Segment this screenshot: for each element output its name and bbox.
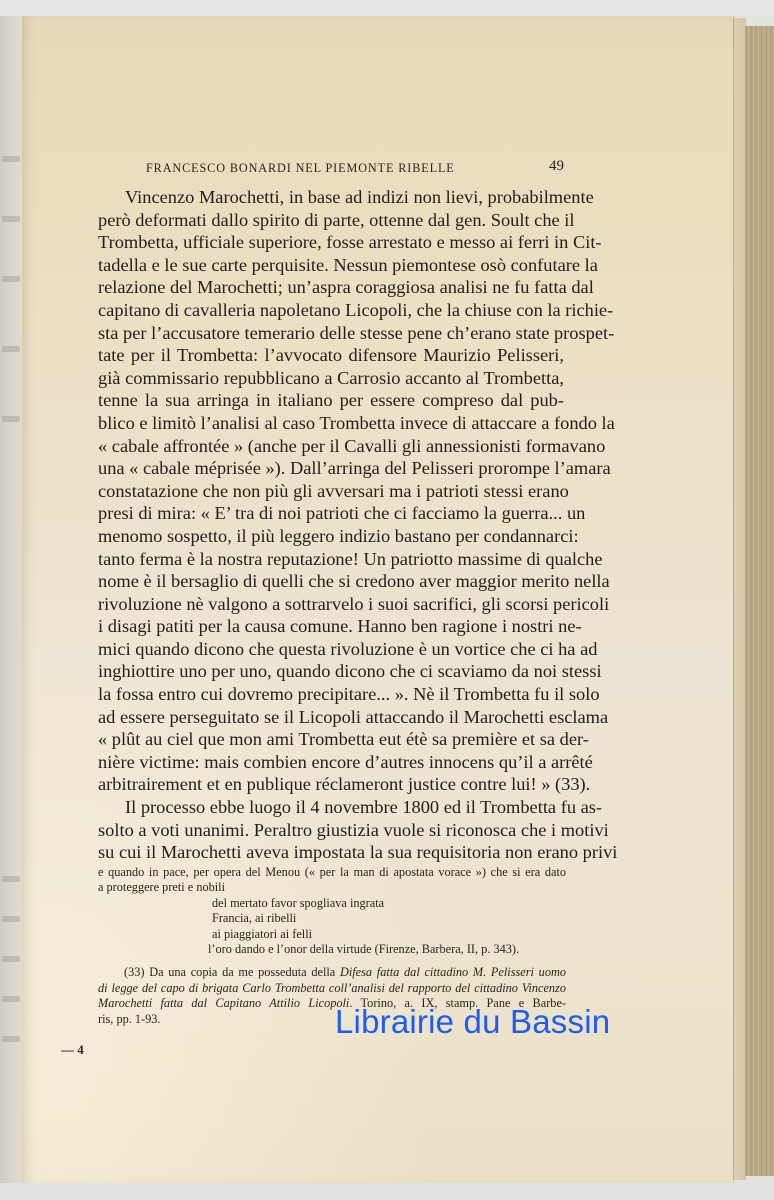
bleed-through-mark: [2, 216, 20, 222]
footnote-verse-line: l’oro dando e l’onor della virtude (Fire…: [98, 942, 566, 957]
text-line: la fossa entro cui dovremo precipitare..…: [98, 683, 564, 706]
footnote-gap: [98, 957, 566, 965]
bleed-through-mark: [2, 996, 20, 1002]
text-line: già commissario repubblicano a Carrosio …: [98, 367, 564, 390]
bleed-through-mark: [2, 876, 20, 882]
text-line: solto a voti unanimi. Peraltro giustizia…: [98, 819, 564, 842]
text-line: rivoluzione nè valgono a sottrarvelo i s…: [98, 593, 564, 616]
text-line: presi di mira: « E’ tra di noi patrioti …: [98, 502, 564, 525]
bleed-through-mark: [2, 956, 20, 962]
text-line: inghiottire uno per uno, quando dicono c…: [98, 660, 564, 683]
text-line: Il processo ebbe luogo il 4 novembre 180…: [98, 796, 564, 819]
bleed-through-mark: [2, 916, 20, 922]
text-line: nome è il bersaglio di quelli che si cre…: [98, 570, 564, 593]
text-line: relazione del Marochetti; un’aspra corag…: [98, 276, 564, 299]
footnote-33-title: Difesa fatta dal cittadino M. Pelisseri …: [340, 965, 566, 979]
text-line: tate per il Trombetta: l’avvocato difens…: [98, 344, 564, 367]
backdrop-top: [0, 0, 774, 16]
watermark-text: Librairie du Bassin: [335, 1003, 610, 1041]
text-line: « cabale affrontée » (anche per il Caval…: [98, 435, 564, 458]
text-line: constatazione che non più gli avversari …: [98, 480, 564, 503]
text-line: tenne la sua arringa in italiano per ess…: [98, 389, 564, 412]
text-line: ad essere perseguitato se il Licopoli at…: [98, 706, 564, 729]
running-head-title: FRANCESCO BONARDI NEL PIEMONTE RIBELLE: [146, 161, 566, 176]
bleed-through-mark: [2, 1036, 20, 1042]
text-line: tadella e le sue carte perquisite. Nessu…: [98, 254, 564, 277]
text-line: arbitrairement et en publique réclameron…: [98, 773, 564, 796]
text-line: nière victime: mais combien encore d’aut…: [98, 751, 564, 774]
footnote-33-line: (33) Da una copia da me posseduta della …: [98, 965, 566, 980]
footnote-33-text: (33) Da una copia da me posseduta della: [124, 965, 340, 979]
bleed-through-mark: [2, 276, 20, 282]
text-line: i disagi patiti per la causa comune. Han…: [98, 615, 564, 638]
footnote-33-title: di legge del capo di brigata Carlo Tromb…: [98, 981, 566, 995]
text-line: sta per l’accusatore temerario delle ste…: [98, 322, 564, 345]
bleed-through-mark: [2, 156, 20, 162]
text-line: blico e limitò l’analisi al caso Trombet…: [98, 412, 564, 435]
text-line: menomo sospetto, il più leggero indizio …: [98, 525, 564, 548]
text-line: su cui il Marochetti aveva impostata la …: [98, 841, 564, 864]
text-line: « plût au ciel que mon ami Trombetta eut…: [98, 728, 564, 751]
book-block-edges: [745, 26, 774, 1176]
footnote-33-line: di legge del capo di brigata Carlo Tromb…: [98, 981, 566, 996]
footnote-verse-line: Francia, ai ribelli: [98, 911, 566, 926]
text-line: una « cabale méprisée »). Dall’arringa d…: [98, 457, 564, 480]
text-line: Trombetta, ufficiale superiore, fosse ar…: [98, 231, 564, 254]
footnote-verse-line: ai piaggiatori ai felli: [98, 927, 566, 942]
text-line: mici quando dicono che questa rivoluzion…: [98, 638, 564, 661]
text-line: però deformati dallo spirito di parte, o…: [98, 209, 564, 232]
footnote-continued-line: a proteggere preti e nobili: [98, 880, 566, 895]
bleed-through-mark: [2, 346, 20, 352]
body-text: Vincenzo Marochetti, in base ad indizi n…: [98, 186, 564, 864]
footnote-verse-line: del mertato favor spogliava ingrata: [98, 896, 566, 911]
backdrop-bottom: [0, 1183, 774, 1200]
text-line: Vincenzo Marochetti, in base ad indizi n…: [98, 186, 564, 209]
signature-mark: — 4: [61, 1042, 84, 1058]
page-number: 49: [549, 158, 564, 175]
text-line: capitano di cavalleria napoletano Licopo…: [98, 299, 564, 322]
footnote-33-title: Marochetti fatta dal Capitano Attilio Li…: [98, 996, 349, 1010]
text-line: tanto ferma è la nostra reputazione! Un …: [98, 548, 564, 571]
footnote-continued-line: e quando in pace, per opera del Menou («…: [98, 865, 566, 880]
bleed-through-mark: [2, 416, 20, 422]
